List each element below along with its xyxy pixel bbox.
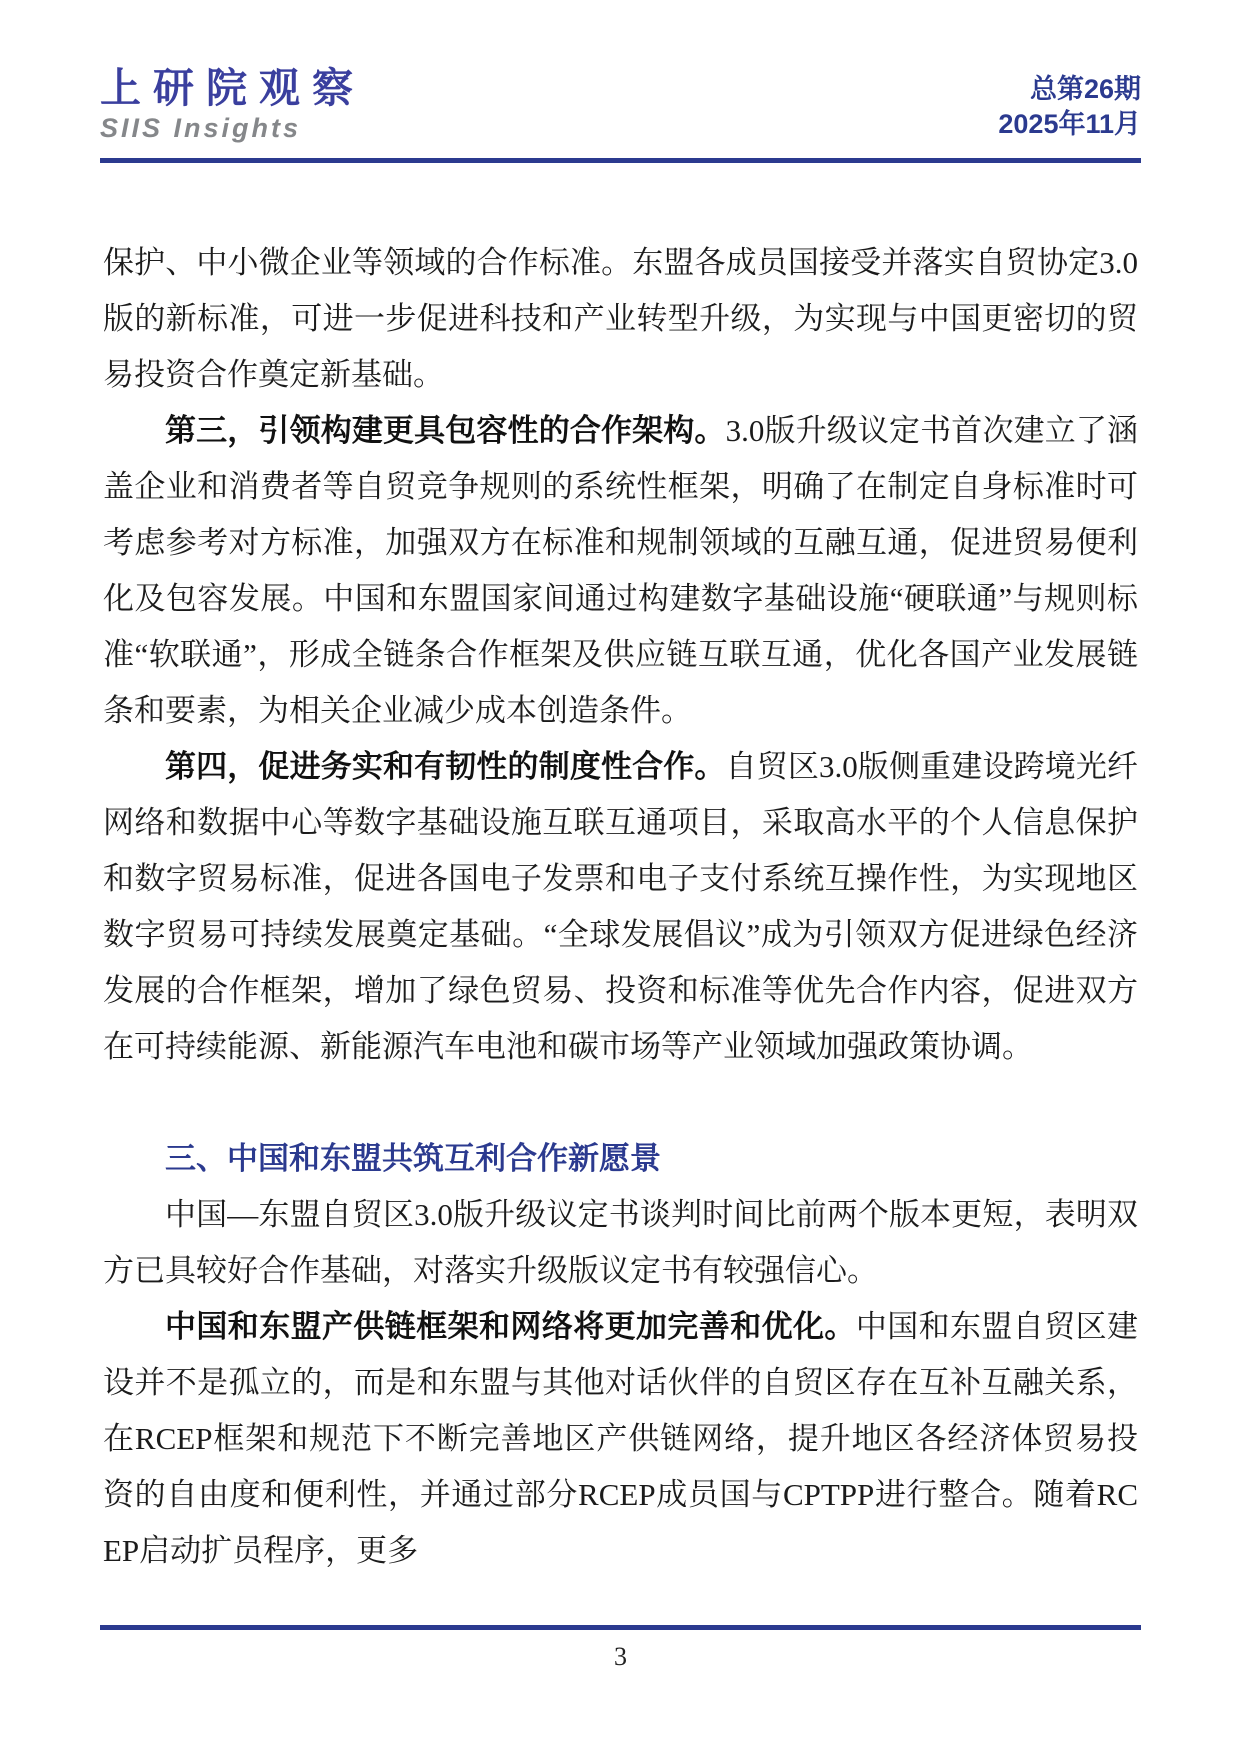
logo-chinese-title: 上研院观察: [100, 68, 365, 109]
body-paragraph: 第四，促进务实和有韧性的制度性合作。自贸区3.0版侧重建设跨境光纤网络和数据中心…: [103, 739, 1138, 1075]
body-paragraph: 第三，引领构建更具包容性的合作架构。3.0版升级议定书首次建立了涵盖企业和消费者…: [103, 403, 1138, 739]
issue-date: 2025年11月: [998, 107, 1141, 142]
paragraph-lead: 第四，促进务实和有韧性的制度性合作。: [165, 749, 726, 784]
issue-number: 总第26期: [998, 72, 1141, 107]
page-number: 3: [614, 1642, 627, 1672]
paragraph-lead: 中国和东盟产供链框架和网络将更加完善和优化。: [165, 1309, 856, 1344]
paragraph-lead: 第三，引领构建更具包容性的合作架构。: [165, 413, 726, 448]
document-page: 上研院观察 SIIS Insights 总第26期 2025年11月 保护、中小…: [0, 0, 1241, 1754]
section-heading: 三、中国和东盟共筑互利合作新愿景: [103, 1131, 1138, 1187]
body-paragraph: 保护、中小微企业等领域的合作标准。东盟各成员国接受并落实自贸协定3.0版的新标准…: [103, 235, 1138, 403]
logo-english-subtitle: SIIS Insights: [100, 115, 365, 142]
publication-logo: 上研院观察 SIIS Insights: [100, 68, 365, 142]
body-paragraph: 中国和东盟产供链框架和网络将更加完善和优化。中国和东盟自贸区建设并不是孤立的，而…: [103, 1299, 1138, 1579]
page-footer: 3: [100, 1625, 1141, 1672]
content-blocks: 保护、中小微企业等领域的合作标准。东盟各成员国接受并落实自贸协定3.0版的新标准…: [103, 163, 1138, 1579]
body-paragraph: 中国—东盟自贸区3.0版升级议定书谈判时间比前两个版本更短，表明双方已具较好合作…: [103, 1187, 1138, 1299]
page-header: 上研院观察 SIIS Insights 总第26期 2025年11月: [100, 0, 1141, 163]
issue-info: 总第26期 2025年11月: [998, 72, 1141, 142]
